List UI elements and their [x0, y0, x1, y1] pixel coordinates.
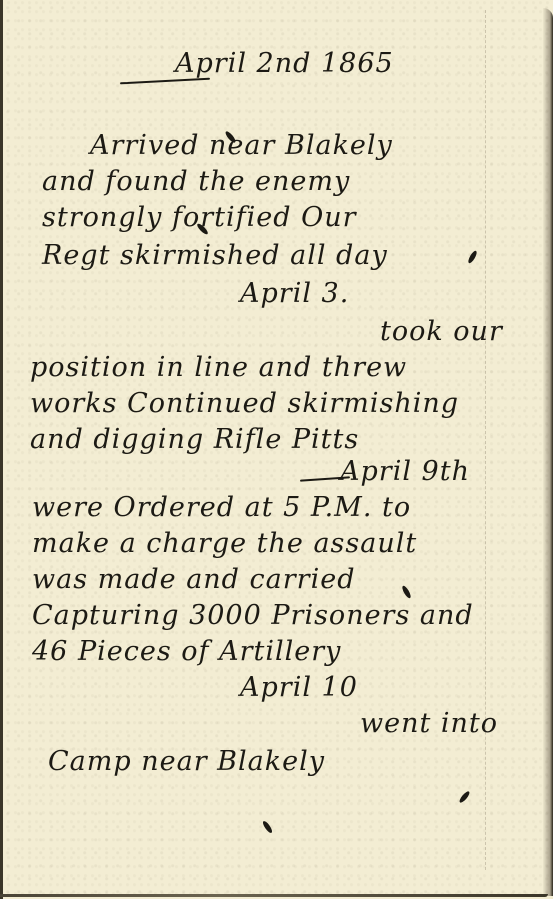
entry-line: Arrived near Blakely: [90, 130, 393, 161]
entry-line: and digging Rifle Pitts: [30, 424, 359, 455]
entry-date-april-3: April 3.: [240, 278, 349, 309]
page-right-edge: [543, 8, 553, 896]
entry-line: and found the enemy: [42, 166, 350, 197]
diary-page: April 2nd 1865 Arrived near Blakely and …: [0, 0, 553, 899]
entry-line: make a charge the assault: [32, 528, 417, 559]
entry-line: took our: [380, 316, 503, 347]
entry-line: went into: [360, 708, 498, 739]
page-fold-line: [485, 10, 487, 870]
ink-mark: [261, 820, 273, 834]
ink-mark: [467, 250, 478, 265]
entry-line: Camp near Blakely: [48, 746, 325, 777]
entry-line: Capturing 3000 Prisoners and: [32, 600, 474, 631]
page-bottom-edge: [0, 894, 548, 897]
ink-mark: [458, 790, 471, 804]
entry-date-april-2: April 2nd 1865: [175, 48, 394, 79]
entry-line: were Ordered at 5 P.M. to: [32, 492, 411, 523]
entry-date-april-10: April 10: [240, 672, 358, 703]
page-left-edge: [0, 0, 3, 899]
entry-line: Regt skirmished all day: [42, 240, 388, 271]
entry-line: was made and carried: [32, 564, 355, 595]
entry-date-april-9: April 9th: [340, 456, 470, 487]
ink-mark: [401, 585, 412, 600]
entry-line: position in line and threw: [30, 352, 407, 383]
entry-line: 46 Pieces of Artillery: [32, 636, 341, 667]
entry-line: works Continued skirmishing: [30, 388, 459, 419]
